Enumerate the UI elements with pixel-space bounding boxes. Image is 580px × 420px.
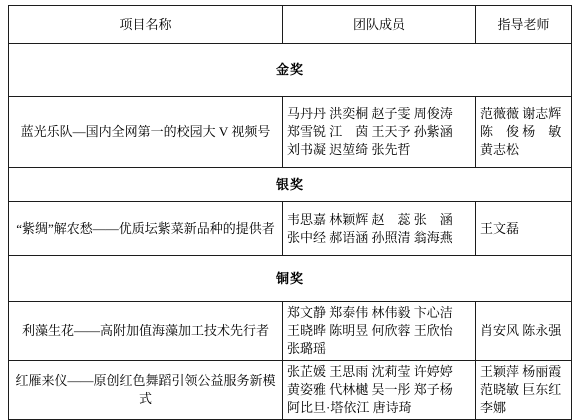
table-row: 红雁来仪——原创红色舞蹈引领公益服务新模式 张芷媛 王思雨 沈莉莹 许婷婷 黄姿… [9, 361, 572, 415]
header-project-name: 项目名称 [9, 6, 283, 44]
team-line: 马丹丹 洪奕桐 赵子雯 周俊涛 [287, 105, 471, 123]
awards-table: 项目名称 团队成员 指导老师 金奖 蓝光乐队—国内全网第一的校园大 V 视频号 … [8, 5, 572, 414]
advisor-cell: 王文磊 [476, 202, 572, 256]
bronze-section-row: 铜奖 [9, 256, 572, 302]
team-cell: 马丹丹 洪奕桐 赵子雯 周俊涛 郑雪锐 江 茵 王天予 孙紫涵 刘书凝 迟堃绮 … [283, 97, 476, 168]
project-cell: 蓝光乐队—国内全网第一的校园大 V 视频号 [9, 97, 283, 168]
team-line: 郑文静 郑泰伟 林伟毅 卞心洁 [287, 304, 471, 322]
award-banner-gold: 金奖 [9, 44, 572, 97]
advisor-line: 范薇薇 谢志辉 [480, 105, 567, 123]
header-advisors: 指导老师 [476, 6, 572, 44]
award-banner-bronze: 铜奖 [9, 256, 572, 302]
team-line: 王晓晔 陈明昱 何欣蓉 王欣怡 [287, 322, 471, 340]
advisor-line: 王颖萍 杨丽霞 [480, 363, 567, 381]
advisor-cell: 王颖萍 杨丽霞 范晓敏 巨东红 李娜 [476, 361, 572, 415]
advisor-line: 李娜 [480, 399, 567, 414]
team-line: 黄姿雅 代林樾 吴一彤 郑子杨 [287, 381, 471, 399]
advisor-line: 黄志松 [480, 141, 567, 159]
table-row: 利藻生花——高附加值海藻加工技术先行者 郑文静 郑泰伟 林伟毅 卞心洁 王晓晔 … [9, 302, 572, 361]
team-line: 张芷媛 王思雨 沈莉莹 许婷婷 [287, 363, 471, 381]
award-banner-silver: 银奖 [9, 168, 572, 202]
advisor-line: 范晓敏 巨东红 [480, 381, 567, 399]
gold-section-row: 金奖 [9, 44, 572, 97]
header-team-members: 团队成员 [283, 6, 476, 44]
team-line: 阿比旦·塔依江 唐诗琦 [287, 399, 471, 414]
team-cell: 张芷媛 王思雨 沈莉莹 许婷婷 黄姿雅 代林樾 吴一彤 郑子杨 阿比旦·塔依江 … [283, 361, 476, 415]
table-row: 蓝光乐队—国内全网第一的校园大 V 视频号 马丹丹 洪奕桐 赵子雯 周俊涛 郑雪… [9, 97, 572, 168]
advisor-line: 王文磊 [480, 220, 567, 238]
advisor-line: 肖安风 陈永强 [480, 322, 567, 340]
advisor-cell: 范薇薇 谢志辉 陈 俊 杨 敏 黄志松 [476, 97, 572, 168]
team-line: 张中经 郝语涵 孙照清 翁海燕 [287, 229, 471, 247]
team-line: 张璐瑶 [287, 340, 471, 358]
project-cell: “紫绸”解农愁——优质坛紫菜新品种的提供者 [9, 202, 283, 256]
document-page: 项目名称 团队成员 指导老师 金奖 蓝光乐队—国内全网第一的校园大 V 视频号 … [8, 5, 572, 414]
table-header-row: 项目名称 团队成员 指导老师 [9, 6, 572, 44]
team-line: 刘书凝 迟堃绮 张先哲 [287, 141, 471, 159]
team-cell: 韦思嘉 林颖辉 赵 蕊 张 涵 张中经 郝语涵 孙照清 翁海燕 [283, 202, 476, 256]
team-line: 郑雪锐 江 茵 王天予 孙紫涵 [287, 123, 471, 141]
silver-section-row: 银奖 [9, 168, 572, 202]
advisor-cell: 肖安风 陈永强 [476, 302, 572, 361]
advisor-line: 陈 俊 杨 敏 [480, 123, 567, 141]
team-cell: 郑文静 郑泰伟 林伟毅 卞心洁 王晓晔 陈明昱 何欣蓉 王欣怡 张璐瑶 [283, 302, 476, 361]
table-row: “紫绸”解农愁——优质坛紫菜新品种的提供者 韦思嘉 林颖辉 赵 蕊 张 涵 张中… [9, 202, 572, 256]
project-cell: 利藻生花——高附加值海藻加工技术先行者 [9, 302, 283, 361]
project-cell: 红雁来仪——原创红色舞蹈引领公益服务新模式 [9, 361, 283, 415]
team-line: 韦思嘉 林颖辉 赵 蕊 张 涵 [287, 211, 471, 229]
